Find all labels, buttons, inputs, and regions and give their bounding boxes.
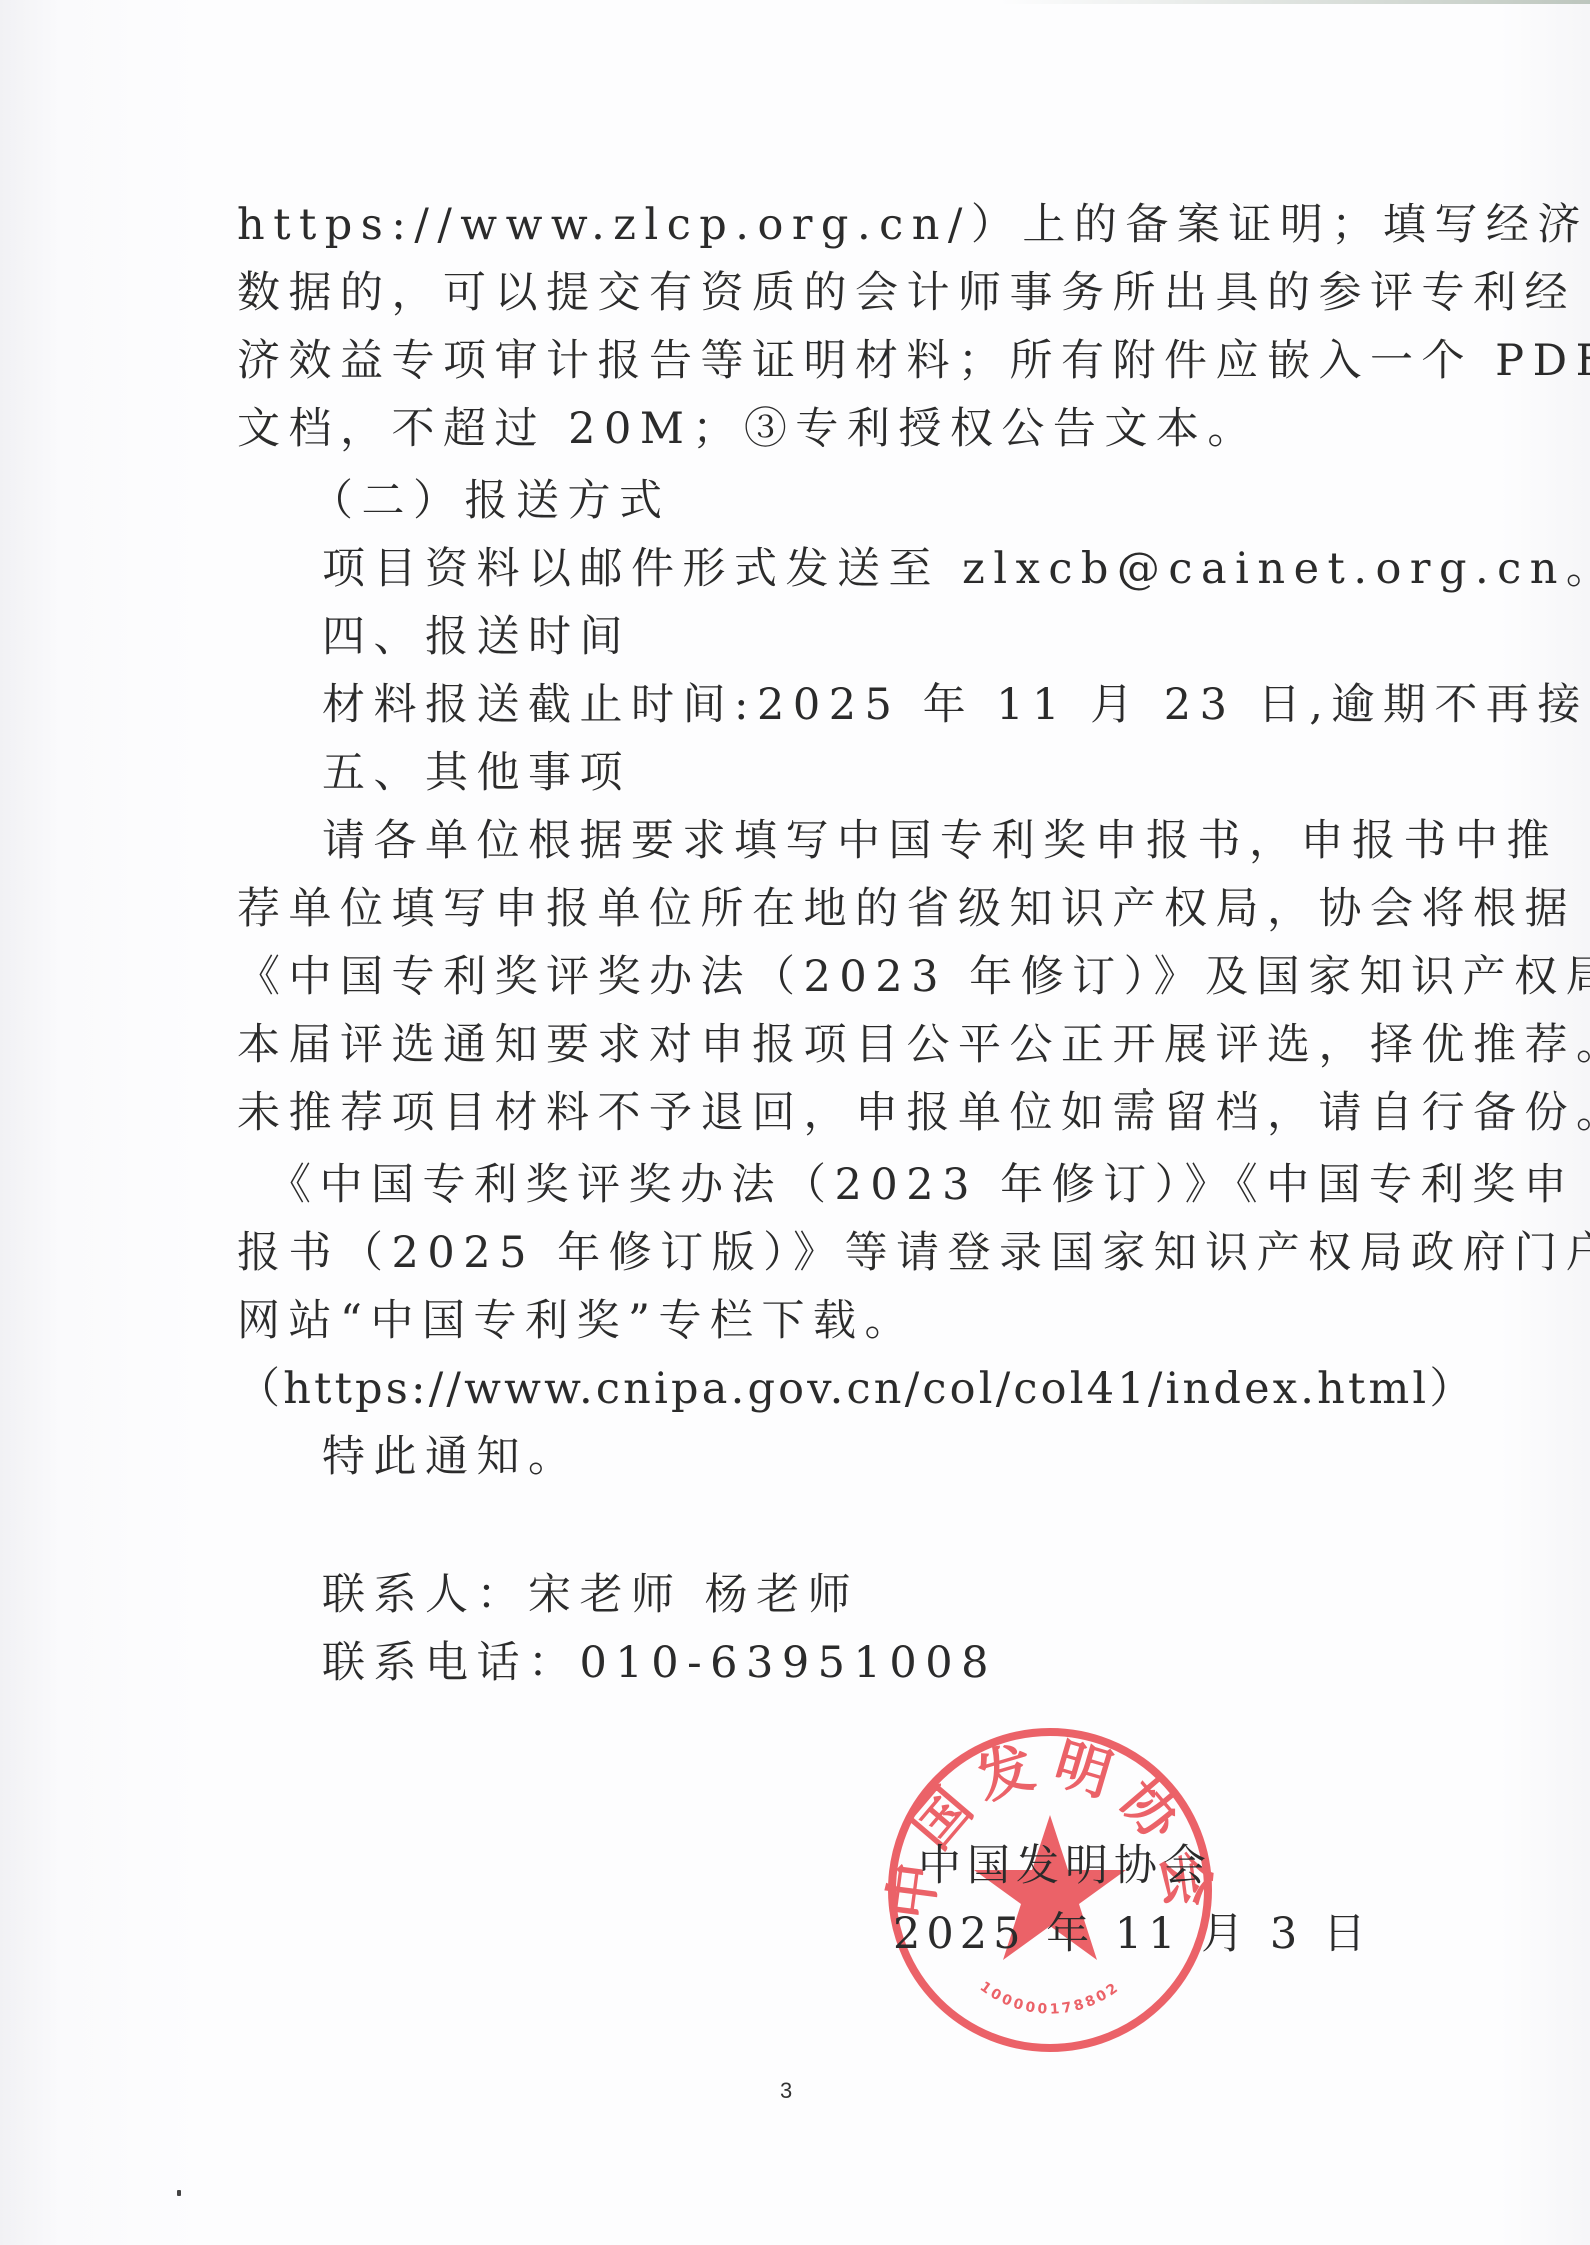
section-heading-submit-method: （二）报送方式 (310, 476, 671, 526)
section-heading-other: 五、其他事项 (322, 748, 631, 798)
signature-organization: 中国发明协会 (918, 1832, 1212, 1893)
paragraph-line: 本届评选通知要求对申报项目公平公正开展评选，择优推荐。 (237, 1020, 1590, 1070)
closing-text: 特此通知。 (322, 1432, 580, 1482)
submit-time-text: 材料报送截止时间:2025 年 11 月 23 日,逾期不再接收。 (322, 680, 1590, 730)
paragraph-line: 请各单位根据要求填写中国专利奖申报书，申报书中推 (322, 816, 1558, 866)
paragraph-line: 网站“中国专利奖”专栏下载。 (237, 1296, 916, 1346)
download-url: （https://www.cnipa.gov.cn/col/col41/inde… (237, 1364, 1476, 1414)
paragraph-line: https://www.zlcp.org.cn/）上的备案证明；填写经济效益 (237, 200, 1590, 250)
paragraph-line: 《中国专利奖评奖办法（2023 年修订）》及国家知识产权局 (237, 952, 1590, 1002)
paragraph-line: 报书（2025 年修订版）》等请登录国家知识产权局政府门户 (237, 1228, 1590, 1278)
paragraph-line: 《中国专利奖评奖办法（2023 年修订）》《中国专利奖申 (268, 1160, 1575, 1210)
paragraph-line: 未推荐项目材料不予退回，申报单位如需留档，请自行备份。 (237, 1088, 1590, 1138)
submit-method-text: 项目资料以邮件形式发送至 zlxcb@cainet.org.cn。 (322, 544, 1590, 594)
scan-speck (1143, 1088, 1146, 1094)
paragraph-line: 荐单位填写申报单位所在地的省级知识产权局，协会将根据 (237, 884, 1576, 934)
scan-edge (1000, 0, 1590, 4)
section-heading-submit-time: 四、报送时间 (322, 612, 631, 662)
contact-person: 联系人：宋老师 杨老师 (322, 1570, 859, 1620)
paragraph-line: 文档，不超过 20M；③专利授权公告文本。 (237, 404, 1259, 454)
seal-serial-number: 100000178802 (977, 1979, 1123, 2018)
paragraph-line: 数据的，可以提交有资质的会计师事务所出具的参评专利经 (237, 268, 1576, 318)
document-page: https://www.zlcp.org.cn/）上的备案证明；填写经济效益 数… (0, 0, 1590, 2245)
page-number: 3 (780, 2078, 792, 2104)
paragraph-line: 济效益专项审计报告等证明材料；所有附件应嵌入一个 PDF (237, 336, 1590, 386)
scan-speck (177, 2190, 181, 2196)
signature-date: 2025 年 11 月 3 日 (893, 1900, 1372, 1961)
contact-phone: 联系电话：010-63951008 (322, 1638, 997, 1688)
